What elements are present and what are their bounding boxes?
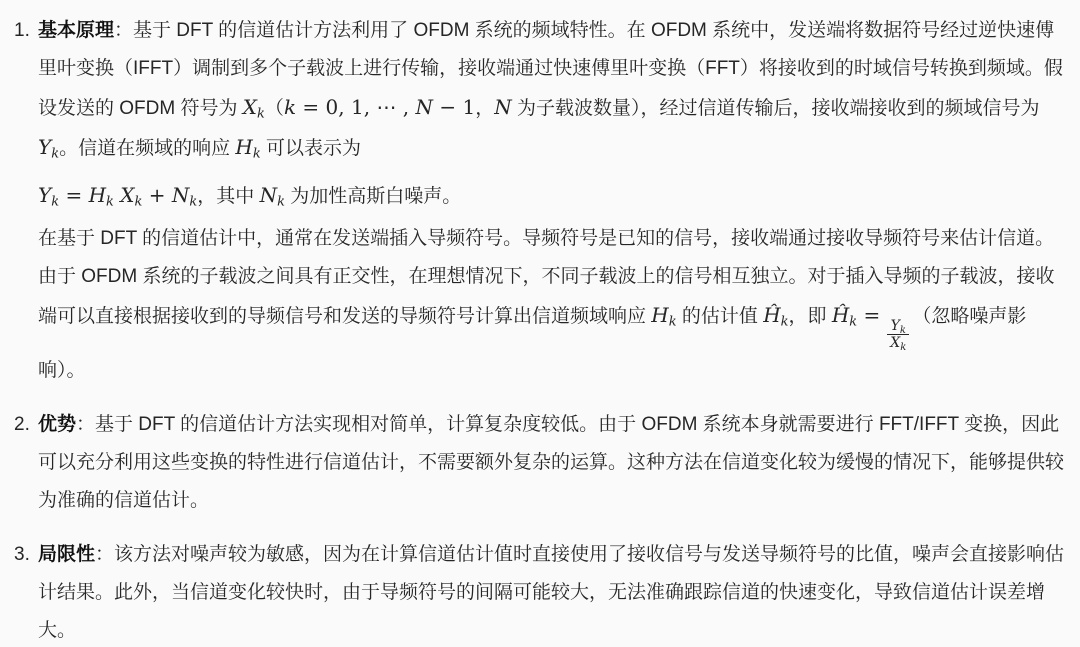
text-run: （ bbox=[265, 98, 284, 119]
item-title: 基本原理 bbox=[38, 20, 114, 41]
fraction-numerator: Yk bbox=[888, 318, 909, 335]
text-run: ，其中 bbox=[197, 186, 259, 207]
math-inline: Yk bbox=[38, 135, 59, 159]
math-inline: Hk bbox=[651, 303, 676, 327]
math-inline: Hk bbox=[235, 135, 260, 159]
text-run: 基于 DFT 的信道估计方法实现相对简单，计算复杂度较低。由于 OFDM 系统本… bbox=[38, 414, 1064, 511]
item-colon: ： bbox=[114, 20, 133, 41]
text-run: 为加性高斯白噪声。 bbox=[285, 186, 461, 207]
item-title: 优势 bbox=[38, 414, 76, 435]
item-colon: ： bbox=[95, 544, 114, 565]
item-title: 局限性 bbox=[38, 544, 95, 565]
fraction-denominator: Xk bbox=[887, 334, 909, 352]
list-item-2: 2.优势：基于 DFT 的信道估计方法实现相对简单，计算复杂度较低。由于 OFD… bbox=[14, 406, 1066, 524]
paragraph: 在基于 DFT 的信道估计中，通常在发送端插入导频符号。导频符号是已知的信号，接… bbox=[38, 220, 1066, 390]
document: 1.基本原理：基于 DFT 的信道估计方法利用了 OFDM 系统的频域特性。在 … bbox=[0, 0, 1080, 647]
math-inline: Ĥk bbox=[763, 303, 788, 327]
document-page: { "page": { "background_color": "#fafafa… bbox=[0, 0, 1080, 647]
item-number: 3. bbox=[14, 536, 38, 647]
item-content: 优势：基于 DFT 的信道估计方法实现相对简单，计算复杂度较低。由于 OFDM … bbox=[38, 406, 1066, 524]
list-item-1: 1.基本原理：基于 DFT 的信道估计方法利用了 OFDM 系统的频域特性。在 … bbox=[14, 12, 1066, 394]
paragraph: 局限性：该方法对噪声较为敏感，因为在计算信道估计值时直接使用了接收信号与发送导频… bbox=[38, 536, 1066, 647]
text-run: 为子载波数量），经过信道传输后，接收端接收到的频域信号为 bbox=[512, 98, 1040, 119]
item-number: 2. bbox=[14, 406, 38, 524]
math-fraction: YkXk bbox=[887, 318, 909, 353]
content-list: 1.基本原理：基于 DFT 的信道估计方法利用了 OFDM 系统的频域特性。在 … bbox=[14, 12, 1066, 647]
math-inline: Ĥk = bbox=[832, 303, 880, 327]
text-run: 的估计值 bbox=[677, 306, 764, 327]
math-inline: Yk = Hk Xk + Nk bbox=[38, 183, 197, 207]
item-colon: ： bbox=[76, 414, 95, 435]
math-inline: Nk bbox=[260, 183, 285, 207]
paragraph: 优势：基于 DFT 的信道估计方法实现相对简单，计算复杂度较低。由于 OFDM … bbox=[38, 406, 1066, 520]
text-run: 可以表示为 bbox=[261, 138, 361, 159]
item-number: 1. bbox=[14, 12, 38, 394]
list-item-3: 3.局限性：该方法对噪声较为敏感，因为在计算信道估计值时直接使用了接收信号与发送… bbox=[14, 536, 1066, 647]
text-run: ，即 bbox=[789, 306, 832, 327]
item-content: 局限性：该方法对噪声较为敏感，因为在计算信道估计值时直接使用了接收信号与发送导频… bbox=[38, 536, 1066, 647]
text-run: 在基于 DFT 的信道估计中，通常在发送端插入导频符号。导频符号是已知的信号，接… bbox=[38, 228, 1055, 327]
text-run: 。信道在频域的响应 bbox=[59, 138, 235, 159]
formula-paragraph: Yk = Hk Xk + Nk，其中 Nk 为加性高斯白噪声。 bbox=[38, 176, 1066, 216]
item-content: 基本原理：基于 DFT 的信道估计方法利用了 OFDM 系统的频域特性。在 OF… bbox=[38, 12, 1066, 394]
text-run: ， bbox=[475, 98, 494, 119]
text-run: 该方法对噪声较为敏感，因为在计算信道估计值时直接使用了接收信号与发送导频符号的比… bbox=[38, 544, 1064, 641]
math-inline: N bbox=[494, 95, 512, 119]
math-inline: k = 0, 1, ⋯ , N − 1 bbox=[284, 95, 475, 119]
math-inline: Xk bbox=[243, 95, 265, 119]
paragraph: 基本原理：基于 DFT 的信道估计方法利用了 OFDM 系统的频域特性。在 OF… bbox=[38, 12, 1066, 168]
